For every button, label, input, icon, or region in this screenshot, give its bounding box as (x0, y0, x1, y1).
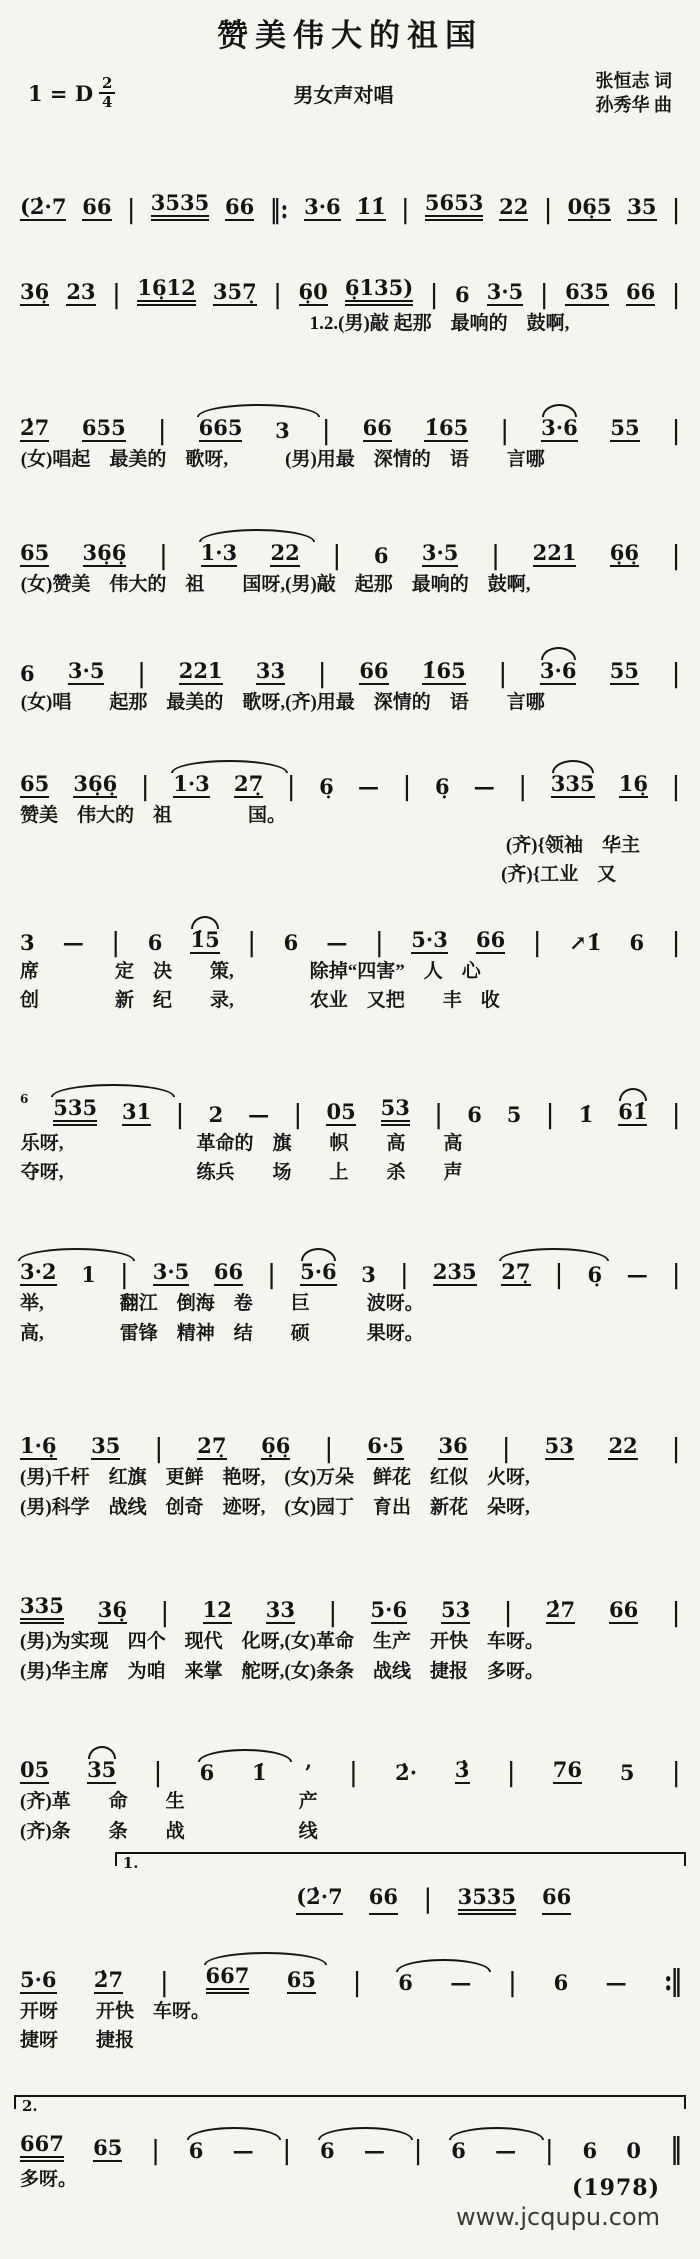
note-group: 335 (551, 773, 595, 798)
note-group: 6̣0 (299, 281, 328, 306)
note-group: 27̣ (501, 1261, 530, 1286)
bar-line: | (504, 1596, 512, 1627)
note-group: 66 (225, 196, 254, 221)
note-group: 12 (203, 1599, 232, 1624)
notes-row: 36̣23|16̣12357̣|6̣06̣135)|63·5|63566| (14, 261, 686, 308)
note-group: — (474, 776, 495, 798)
note-group: 35 (87, 1759, 116, 1784)
note-group: 1̇65 (422, 660, 466, 685)
bar-line: ‖: (270, 193, 288, 224)
bar-line: | (160, 539, 168, 570)
score-system: 3—|61̇5|6—|5·366|↗1̇6|席 定 决 策, 除掉“四害” 人 … (14, 913, 686, 1015)
note-group: 53 (441, 1599, 470, 1624)
note-group: 65 (287, 1969, 316, 1994)
note-group: 6 (320, 2140, 335, 2162)
notes-row: 2̇7655|6653|661̇65|3·655| (14, 401, 686, 444)
note-group: 1̇ (579, 1104, 594, 1126)
bar-line: | (672, 1432, 680, 1463)
notes-row: 63·5|22133|661̇65|3·655| (14, 644, 686, 687)
lyric-line: 乐呀, 革命的 旗 帜 高 高 (14, 1128, 686, 1158)
note-group: — (606, 1972, 627, 1994)
note-group: 65 (93, 2137, 122, 2162)
note-group: 6·5 (367, 1435, 404, 1460)
bar-line: | (540, 278, 548, 309)
note-group: 5 (507, 1104, 522, 1126)
note-group: 1̇ (252, 1762, 267, 1784)
bar-line: | (158, 414, 166, 445)
note-group: 2 (209, 1104, 224, 1126)
score-system: 6536̣6̣|1·322|63·5|2216̣6̣|(女)赞美 伟大的 祖 国… (14, 526, 686, 599)
note-group: — (63, 932, 84, 954)
bar-line: | (376, 926, 384, 957)
note-group: 357̣ (213, 281, 257, 306)
note-group: 1 (81, 1264, 96, 1286)
note-group: 3·6 (304, 196, 341, 221)
bar-line: | (401, 193, 409, 224)
note-group: 22 (499, 196, 528, 221)
score-system: 1·6̣35|27̣6̣6̣|6·536|5322|(男)千杆 红旗 更鲜 艳呀… (14, 1419, 686, 1521)
bar-line: | (318, 657, 326, 688)
lyric-line: (齐)革 命 生 产 (14, 1786, 686, 1816)
note-group: 6̣ (435, 776, 450, 798)
volta-bracket: 1. (115, 1852, 686, 1874)
note-group: 36̣6̣ (83, 542, 127, 567)
note-group: 655 (82, 417, 126, 442)
time-signature-denominator: 4 (102, 94, 112, 110)
note-group: 6 (284, 932, 299, 954)
note-group: 6 (582, 2140, 597, 2162)
note-group: 3535 (458, 1886, 516, 1915)
lyric-line: (男)华主席 为咱 来掌 舵呀,(女)条条 战线 捷报 多呀。 (14, 1656, 686, 1686)
note-group: 667 (20, 2133, 64, 2162)
note-group: 5·3 (411, 929, 448, 954)
note-group: 27̣ (234, 773, 263, 798)
bar-line: | (672, 926, 680, 957)
score-body: (2̇·766|353566‖:3·61̇1̇|565322|06̣535|36… (0, 176, 700, 2194)
note-group: 66 (363, 417, 392, 442)
song-title: 赞美伟大的祖国 (0, 0, 700, 55)
lyric-line: 赞美 伟大的 祖 国。 (14, 800, 686, 830)
score-system: 653531|2—|0553|65|1̇61̇|乐呀, 革命的 旗 帜 高 高夺… (14, 1081, 686, 1187)
note-group: 1̇65 (424, 417, 468, 442)
bar-line: | (492, 539, 500, 570)
note-group: 5·6 (20, 1969, 57, 1994)
note-group: 6 (467, 1104, 482, 1126)
bar-line: | (414, 2134, 422, 2165)
bar-line: | (283, 2134, 291, 2165)
note-group: 66 (214, 1261, 243, 1286)
performance-type: 男女声对唱 (234, 79, 453, 108)
note-group: 667 (206, 1965, 250, 1994)
sheet-music-page: 赞美伟大的祖国 1 = D 2 4 男女声对唱 张恒志 词 孙秀华 曲 (2̇·… (0, 0, 700, 2259)
bar-line: | (509, 1966, 517, 1997)
note-group: 3·5 (153, 1261, 190, 1286)
bar-line: | (325, 1432, 333, 1463)
note-group: 6̣6̣ (610, 542, 639, 567)
score-system: 36̣23|16̣12357̣|6̣06̣135)|63·5|63566|1.2… (14, 261, 686, 338)
note-group: 35 (91, 1435, 120, 1460)
note-group: — (450, 1972, 471, 1994)
note-group: 6 (451, 2140, 466, 2162)
note-group: 05 (20, 1759, 49, 1784)
note-group: 1·3 (173, 773, 210, 798)
lyric-line: (齐){工业 又 (14, 859, 686, 889)
notes-row: 3·21|3·566|5·63|23527̣|6̣—| (14, 1245, 686, 1288)
bar-line: | (519, 770, 527, 801)
lyric-line: (男)科学 战线 创奇 迹呀, (女)园丁 育出 新花 朵呀, (14, 1492, 686, 1522)
note-group: (2̇·7 (296, 1886, 342, 1915)
bar-line: | (672, 193, 680, 224)
grace-note: 6 (20, 1093, 28, 1106)
note-group: 235 (433, 1261, 477, 1286)
note-group: 6 (455, 284, 470, 306)
lyricist: 张恒志 词 (453, 69, 672, 93)
note-group: 6 (398, 1972, 413, 1994)
bar-line: | (672, 1258, 680, 1289)
watermark-url: www.jcqupu.com (456, 2203, 660, 2231)
note-group: 06̣5 (568, 196, 612, 221)
bar-line: | (401, 1258, 409, 1289)
note-group: 3 (20, 932, 35, 954)
note-group: 1̇5 (190, 929, 219, 954)
note-group: 6 (200, 1762, 215, 1784)
time-signature-numerator: 2 (99, 76, 115, 94)
note-group: — (233, 2140, 254, 2162)
composer: 孙秀华 曲 (453, 93, 672, 117)
note-group: 6 (374, 545, 389, 567)
credits: 张恒志 词 孙秀华 曲 (453, 69, 672, 118)
note-group: 33 (266, 1599, 295, 1624)
note-group: 6̣ (319, 776, 334, 798)
note-group: 6̣135) (345, 277, 413, 306)
note-group: 53 (381, 1097, 410, 1126)
note-group: 66 (626, 281, 655, 306)
note-group: — (248, 1104, 269, 1126)
note-group: — (358, 776, 379, 798)
notes-row: 6536̣6̣|1·327̣|6̣—|6̣—|33516̣| (14, 757, 686, 800)
note-group: 66 (359, 660, 388, 685)
key-signature: 1 = D (28, 81, 93, 106)
key-time-signature: 1 = D 2 4 (28, 76, 234, 110)
note-group: 1·6̣ (20, 1435, 57, 1460)
note-group: 635 (565, 281, 609, 306)
note-group: 66 (476, 929, 505, 954)
note-group: 33 (256, 660, 285, 685)
bar-line: | (113, 278, 121, 309)
lyric-line: 举, 翻江 倒海 卷 巨 波呀。 (14, 1288, 686, 1318)
note-group: — (326, 932, 347, 954)
bar-line: | (141, 770, 149, 801)
bar-line: | (176, 1098, 184, 1129)
score-footer: (1978) www.jcqupu.com (456, 2175, 660, 2231)
pickup-notes-row: (2̇·766|353566 (296, 1874, 686, 1915)
note-group: 55 (610, 660, 639, 685)
final-bar-line: ‖ (670, 2131, 680, 2165)
note-group: 2̇7 (546, 1599, 575, 1624)
notes-row: 66765|6—|6—|6—|60‖ (14, 2117, 686, 2164)
volta-label: 1. (123, 1854, 139, 1872)
note-group: 76 (553, 1759, 582, 1784)
note-group: 61̇ (618, 1101, 647, 1126)
bar-line: | (268, 1258, 276, 1289)
lyric-line: (女)赞美 伟大的 祖 国呀,(男)敲 起那 最响的 鼓啊, (14, 569, 686, 599)
bar-line: | (329, 1596, 337, 1627)
bar-line: | (350, 1756, 358, 1787)
note-group: 6 (20, 663, 35, 685)
note-group: 3·5 (487, 281, 524, 306)
bar-line: | (546, 1098, 554, 1129)
notes-row: 1·6̣35|27̣6̣6̣|6·536|5322| (14, 1419, 686, 1462)
note-group: 3 (361, 1264, 376, 1286)
notes-row: 3—|61̇5|6—|5·366|↗1̇6| (14, 913, 686, 956)
bar-line: | (672, 539, 680, 570)
note-group: 2̇· (395, 1762, 417, 1784)
publication-year: (1978) (456, 2175, 660, 2201)
bar-line: | (161, 1596, 169, 1627)
note-group: 3·6 (541, 417, 578, 442)
note-group: 16̣ (619, 773, 648, 798)
lyric-line: (齐)条 条 战 线 (14, 1816, 686, 1846)
lyric-line: (齐){领袖 华主 (14, 830, 686, 860)
bar-line: | (294, 1098, 302, 1129)
note-group: 3·5 (68, 660, 105, 685)
bar-line: | (672, 1098, 680, 1129)
note-group: 31 (122, 1101, 151, 1126)
time-signature: 2 4 (99, 76, 115, 110)
note-group: 53 (545, 1435, 574, 1460)
bar-line: | (333, 539, 341, 570)
lyric-line: (男)为实现 四个 现代 化呀,(女)革命 生产 开快 车呀。 (14, 1626, 686, 1656)
note-group: 221 (179, 660, 223, 685)
notes-row: 33536̣|1233|5·653|2̇766| (14, 1579, 686, 1626)
bar-line: | (545, 2134, 553, 2165)
bar-line: | (672, 1596, 680, 1627)
note-group: — (627, 1264, 648, 1286)
note-group: 2̇7 (94, 1969, 123, 1994)
note-group: ↗1̇ (569, 932, 601, 954)
lyric-line: 开呀 开快 车呀。 (14, 1996, 686, 2026)
note-group: 66 (369, 1886, 398, 1915)
score-system: 63·5|22133|661̇65|3·655|(女)唱 起那 最美的 歌呀,(… (14, 644, 686, 717)
note-group: 3535 (151, 192, 209, 221)
bar-line: | (161, 1966, 169, 1997)
notes-row: 653531|2—|0553|65|1̇61̇| (14, 1081, 686, 1128)
bar-line: | (152, 2134, 160, 2165)
note-group: 221 (533, 542, 577, 567)
note-group: 66 (609, 1599, 638, 1624)
score-system: 5·62̇7|66765|6—|6—:‖开呀 开快 车呀。捷呀 捷报 (14, 1949, 686, 2055)
score-system: 3·21|3·566|5·63|23527̣|6̣—|举, 翻江 倒海 卷 巨 … (14, 1245, 686, 1347)
note-group: (2̇·7 (20, 196, 66, 221)
note-group: 66 (82, 196, 111, 221)
bar-line: | (544, 193, 552, 224)
lyric-line: (男)千杆 红旗 更鲜 艳呀, (女)万朵 鲜花 红似 火呀, (14, 1462, 686, 1492)
volta-bracket: 2. (14, 2095, 686, 2117)
note-group: — (495, 2140, 516, 2162)
bar-line: | (672, 414, 680, 445)
note-group: 5·6 (300, 1261, 337, 1286)
lyric-line: 高, 雷锋 精神 结 硕 果呀。 (14, 1318, 686, 1348)
bar-line: | (155, 1432, 163, 1463)
bar-line: | (403, 770, 411, 801)
note-group: 335 (20, 1595, 64, 1624)
bar-line: | (112, 926, 120, 957)
note-group: 2̇7 (20, 417, 49, 442)
note-group: 36̣6̣ (73, 773, 117, 798)
lyric-line: 创 新 纪 录, 农业 又把 丰 收 (14, 985, 686, 1015)
note-group: — (364, 2140, 385, 2162)
bar-line: | (672, 770, 680, 801)
note-group: 6 (630, 932, 645, 954)
bar-line: | (430, 278, 438, 309)
score-system: 33536̣|1233|5·653|2̇766|(男)为实现 四个 现代 化呀,… (14, 1579, 686, 1685)
note-group: 1̇1̇ (356, 196, 385, 221)
notes-row: (2̇·766|353566‖:3·61̇1̇|565322|06̣535| (14, 176, 686, 223)
bar-line: | (287, 770, 295, 801)
score-system: (2̇·766|353566‖:3·61̇1̇|565322|06̣535| (14, 176, 686, 223)
bar-line: | (138, 657, 146, 688)
note-group: 665 (199, 417, 243, 442)
note-group: 3·6 (540, 660, 577, 685)
note-group: 36 (438, 1435, 467, 1460)
note-group: 27̣ (197, 1435, 226, 1460)
bar-line: | (507, 1756, 515, 1787)
bar-line: | (533, 926, 541, 957)
bar-line: | (672, 278, 680, 309)
bar-line: | (499, 657, 507, 688)
note-group: 66 (542, 1886, 571, 1915)
note-group: 3·2 (20, 1261, 57, 1286)
note-group: 05 (326, 1101, 355, 1126)
note-group: 1·3 (201, 542, 238, 567)
bar-line: | (672, 1756, 680, 1787)
score-system: 0535|61̇’|2̇·3̇|765|(齐)革 命 生 产(齐)条 条 战 线… (14, 1743, 686, 1914)
lyric-line: 席 定 决 策, 除掉“四害” 人 心 (14, 956, 686, 986)
notes-row: 0535|61̇’|2̇·3̇|765| (14, 1743, 686, 1786)
bar-line: | (672, 657, 680, 688)
lyric-line: 1.2.(男)敲 起那 最响的 鼓啊, (14, 308, 686, 338)
note-group: 36̣ (98, 1599, 127, 1624)
note-group: 0 (626, 2140, 641, 2162)
score-system: 2̇7655|6653|661̇65|3·655|(女)唱起 最美的 歌呀, (… (14, 401, 686, 474)
lyric-line: 捷呀 捷报 (14, 2025, 686, 2055)
note-group: 6 (148, 932, 163, 954)
bar-line: | (435, 1098, 443, 1129)
note-group: 35 (627, 196, 656, 221)
note-group: 22 (608, 1435, 637, 1460)
note-group: 5·6 (371, 1599, 408, 1624)
note-group: 6̣6̣ (261, 1435, 290, 1460)
bar-line: | (353, 1966, 361, 1997)
note-group: 5 (620, 1762, 635, 1784)
bar-line: | (127, 193, 135, 224)
note-group: 6̣ (587, 1264, 602, 1286)
note-group: 55 (610, 417, 639, 442)
bar-line: | (322, 414, 330, 445)
note-group: 65 (20, 773, 49, 798)
score-system: 6536̣6̣|1·327̣|6̣—|6̣—|33516̣|赞美 伟大的 祖 国… (14, 757, 686, 889)
note-group: 6 (554, 1972, 569, 1994)
bar-line: | (555, 1258, 563, 1289)
bar-line: | (154, 1756, 162, 1787)
score-meta: 1 = D 2 4 男女声对唱 张恒志 词 孙秀华 曲 (0, 55, 700, 118)
lyric-line: (女)唱 起那 最美的 歌呀,(齐)用最 深情的 语 言哪 (14, 687, 686, 717)
note-group: 6 (189, 2140, 204, 2162)
lyric-line: 夺呀, 练兵 场 上 杀 声 (14, 1157, 686, 1187)
lyric-line: (女)唱起 最美的 歌呀, (男)用最 深情的 语 言哪 (14, 444, 686, 474)
volta-label: 2. (22, 2097, 38, 2115)
final-bar-line: :‖ (664, 1963, 680, 1997)
note-group: 5653 (425, 192, 483, 221)
note-group: 22 (270, 542, 299, 567)
note-group: 65 (20, 542, 49, 567)
note-group: 36̣ (20, 281, 49, 306)
note-group: 3̇ (455, 1759, 470, 1784)
note-group: 16̣12 (137, 277, 195, 306)
note-group: 3·5 (422, 542, 459, 567)
note-group: ’ (305, 1762, 312, 1784)
bar-line: | (274, 278, 282, 309)
note-group: 535 (53, 1097, 97, 1126)
bar-line: | (120, 1258, 128, 1289)
notes-row: 6536̣6̣|1·322|63·5|2216̣6̣| (14, 526, 686, 569)
bar-line: | (502, 1432, 510, 1463)
bar-line: | (501, 414, 509, 445)
note-group: 23 (66, 281, 95, 306)
bar-line: | (424, 1882, 432, 1918)
bar-line: | (248, 926, 256, 957)
notes-row: 5·62̇7|66765|6—|6—:‖ (14, 1949, 686, 1996)
note-group: 3 (275, 420, 290, 442)
